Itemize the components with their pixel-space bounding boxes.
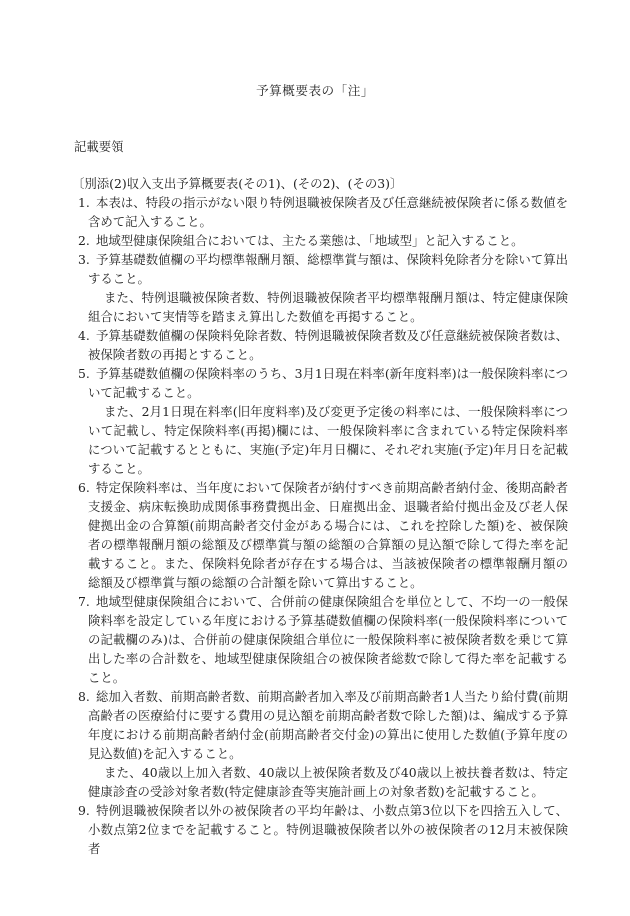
item-text: 本表は、特段の指示がない限り特例退職被保険者及び任意継続被保険者に係る数値を含め… xyxy=(88,195,568,229)
item-text: 地域型健康保険組合において、合併前の健康保険組合を単位として、不均一の一般保険料… xyxy=(88,594,568,685)
section-heading: 記載要領 xyxy=(74,137,568,156)
item-text: 総加入者数、前期高齢者数、前期高齢者加入率及び前期高齢者1人当たり給付費(前期高… xyxy=(88,689,568,761)
list-item-9: 9.特例退職被保険者以外の被保険者の平均年齢は、小数点第3位以下を四捨五入して、… xyxy=(78,801,568,858)
item-number: 8. xyxy=(78,687,96,706)
item-sub-text: また、特例退職被保険者数、特例退職被保険者平均標準報酬月額は、特定健康保険組合に… xyxy=(78,288,568,326)
item-text: 予算基礎数値欄の保険料免除者数、特例退職被保険者数及び任意継続被保険者数は、被保… xyxy=(88,328,568,362)
page-title: 予算概要表の「注」 xyxy=(0,81,630,100)
list-item-5: 5.予算基礎数値欄の保険料率のうち、3月1日現在料率(新年度料率)は一般保険料率… xyxy=(78,364,568,478)
item-number: 1. xyxy=(78,193,96,212)
list-item-1: 1.本表は、特段の指示がない限り特例退職被保険者及び任意継続被保険者に係る数値を… xyxy=(78,193,568,231)
list-item-2: 2.地域型健康保険組合においては、主たる業態は、「地域型」と記入すること。 xyxy=(78,231,568,250)
item-number: 6. xyxy=(78,478,96,497)
list-item-3: 3.予算基礎数値欄の平均標準報酬月額、総標準賞与額は、保険料免除者分を除いて算出… xyxy=(78,250,568,326)
notes-list: 1.本表は、特段の指示がない限り特例退職被保険者及び任意継続被保険者に係る数値を… xyxy=(78,193,568,858)
document-page: 予算概要表の「注」 記載要領 〔別添(2)収入支出予算概要表(その1)、(その2… xyxy=(0,0,630,916)
item-text: 予算基礎数値欄の保険料率のうち、3月1日現在料率(新年度料率)は一般保険料率につ… xyxy=(88,366,568,400)
item-number: 9. xyxy=(78,801,96,820)
item-number: 7. xyxy=(78,592,96,611)
list-item-7: 7.地域型健康保険組合において、合併前の健康保険組合を単位として、不均一の一般保… xyxy=(78,592,568,687)
item-number: 2. xyxy=(78,231,96,250)
attachment-heading: 〔別添(2)収入支出予算概要表(その1)、(その2)、(その3)〕 xyxy=(72,174,568,193)
list-item-4: 4.予算基礎数値欄の保険料免除者数、特例退職被保険者数及び任意継続被保険者数は、… xyxy=(78,326,568,364)
item-text: 特定保険料率は、当年度において保険者が納付すべき前期高齢者納付金、後期高齢者支援… xyxy=(88,480,568,590)
document-body: 記載要領 〔別添(2)収入支出予算概要表(その1)、(その2)、(その3)〕 1… xyxy=(72,137,568,858)
item-number: 4. xyxy=(78,326,96,345)
item-number: 5. xyxy=(78,364,96,383)
item-text: 予算基礎数値欄の平均標準報酬月額、総標準賞与額は、保険料免除者分を除いて算出する… xyxy=(88,252,568,286)
item-text: 地域型健康保険組合においては、主たる業態は、「地域型」と記入すること。 xyxy=(96,233,523,248)
item-sub-text: また、40歳以上加入者数、40歳以上被保険者数及び40歳以上被扶養者数は、特定健… xyxy=(78,763,568,801)
list-item-8: 8.総加入者数、前期高齢者数、前期高齢者加入率及び前期高齢者1人当たり給付費(前… xyxy=(78,687,568,801)
item-text: 特例退職被保険者以外の被保険者の平均年齢は、小数点第3位以下を四捨五入して、小数… xyxy=(88,803,568,856)
item-sub-text: また、2月1日現在料率(旧年度料率)及び変更予定後の料率には、一般保険料率につい… xyxy=(78,402,568,478)
list-item-6: 6.特定保険料率は、当年度において保険者が納付すべき前期高齢者納付金、後期高齢者… xyxy=(78,478,568,592)
item-number: 3. xyxy=(78,250,96,269)
